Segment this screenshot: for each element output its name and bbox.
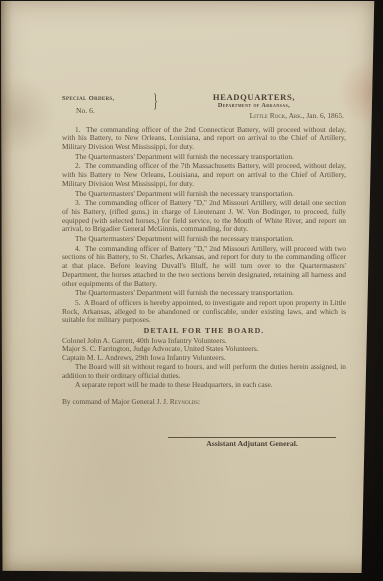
transport-note-3: The Quartermasters' Department will furn… xyxy=(62,235,346,244)
document-page: Special Orders, No. 6. } HEADQUARTERS, D… xyxy=(1,1,375,573)
document-content: Special Orders, No. 6. } HEADQUARTERS, D… xyxy=(62,93,346,448)
order-paragraph-5: 5. A Board of officers is hereby appoint… xyxy=(62,299,346,325)
signature-title: Assistant Adjutant General. xyxy=(168,440,336,449)
closing-paragraph-1: The Board will sit without regard to hou… xyxy=(62,363,346,380)
order-number: No. 6. xyxy=(62,107,150,116)
order-paragraph-3: 3. The commanding officer of Battery "D,… xyxy=(62,199,346,234)
order-header: Special Orders, No. 6. } HEADQUARTERS, D… xyxy=(62,93,346,121)
order-type-label: Special Orders, xyxy=(62,95,150,104)
by-command-suffix: : xyxy=(198,397,200,406)
date-text: Jan. 6, 1865. xyxy=(306,111,344,120)
place-text: Little Rock, Ark., xyxy=(250,111,305,120)
transport-note-1: The Quartermasters' Department will furn… xyxy=(62,153,346,162)
department-line: Department of Arkansas, xyxy=(162,102,346,111)
commander-name: Reynolds xyxy=(170,397,198,406)
order-id-block: Special Orders, No. 6. } xyxy=(62,93,150,121)
order-paragraph-1: 1. The commanding officer of the 2nd Con… xyxy=(62,126,346,152)
order-paragraph-2: 2. The commanding officer of the 7th Mas… xyxy=(62,162,346,188)
headquarters-line: HEADQUARTERS, xyxy=(162,93,346,102)
transport-note-2: The Quartermasters' Department will furn… xyxy=(62,190,346,199)
place-date-line: Little Rock, Ark., Jan. 6, 1865. xyxy=(162,112,346,121)
closing-paragraph-2: A separate report will be made to these … xyxy=(62,381,346,390)
by-command-prefix: By command of Major General J. J. xyxy=(62,397,170,406)
headquarters-block: HEADQUARTERS, Department of Arkansas, Li… xyxy=(150,93,346,121)
brace-glyph: } xyxy=(153,92,158,111)
board-detail-heading: DETAIL FOR THE BOARD. xyxy=(62,327,346,336)
photo-background: Special Orders, No. 6. } HEADQUARTERS, D… xyxy=(0,0,383,581)
order-paragraph-4: 4. The commanding officer of Battery "D,… xyxy=(62,245,346,289)
by-command-line: By command of Major General J. J. Reynol… xyxy=(62,398,346,407)
transport-note-4: The Quartermasters' Department will furn… xyxy=(62,289,346,298)
signature-block: Assistant Adjutant General. xyxy=(168,437,336,449)
